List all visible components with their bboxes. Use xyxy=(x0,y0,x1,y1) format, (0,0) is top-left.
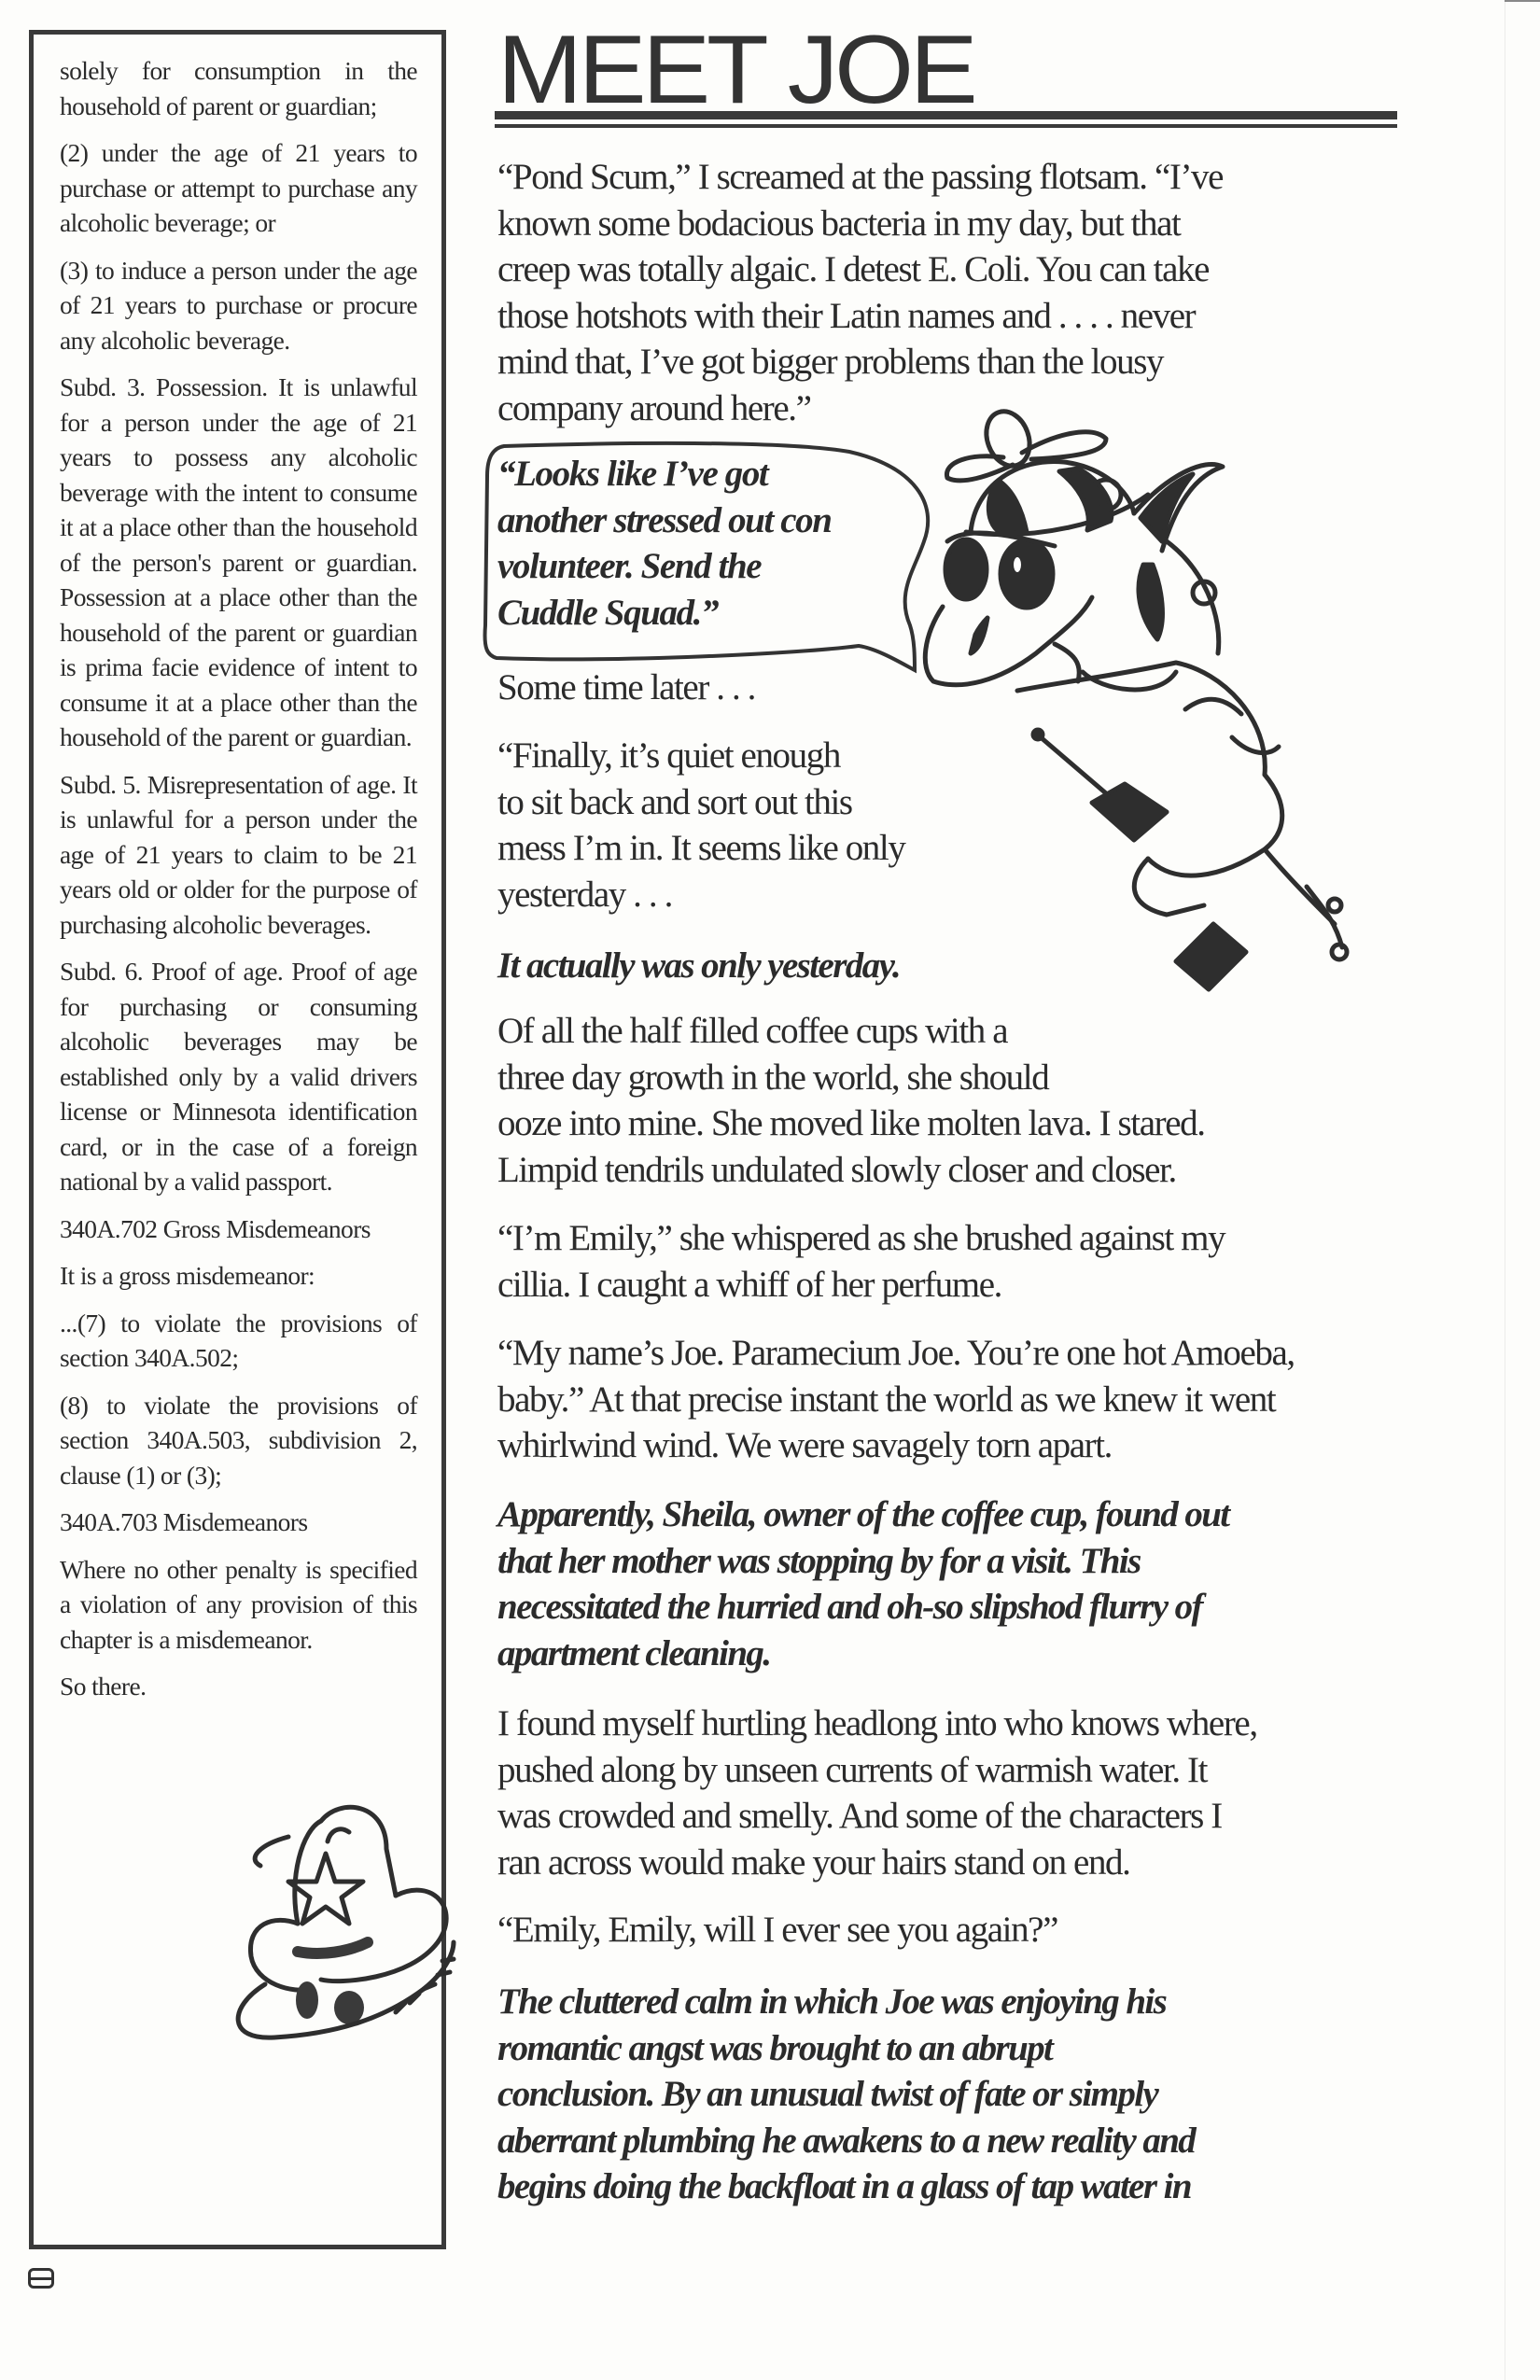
story-paragraph: “My name’s Joe. Paramecium Joe. You’re o… xyxy=(497,1330,1295,1469)
story-paragraph: “Pond Scum,” I screamed at the passing f… xyxy=(497,154,1223,431)
corner-mark xyxy=(1505,0,1540,2)
story-paragraph: “Finally, it’s quiet enough to sit back … xyxy=(497,733,904,917)
sidebar-paragraph: ...(7) to violate the provisions of sect… xyxy=(60,1306,417,1376)
speech-bubble-text: “Looks like I’ve got another stressed ou… xyxy=(497,451,908,636)
sidebar-paragraph: solely for consumption in the household … xyxy=(60,53,417,123)
story-paragraph: I found myself hurtling headlong into wh… xyxy=(497,1701,1257,1885)
sidebar-paragraph: (8) to violate the provisions of section… xyxy=(60,1388,417,1493)
sidebar-paragraph: It is a gross misdemeanor: xyxy=(60,1258,417,1294)
story-paragraph: Some time later . . . xyxy=(497,665,755,711)
title-rule-thick xyxy=(495,111,1397,119)
sidebar-closing: So there. xyxy=(60,1669,417,1704)
title-rule-thin xyxy=(495,124,1397,128)
sidebar-heading: 340A.703 Misdemeanors xyxy=(60,1505,417,1540)
sidebar-paragraph: (3) to induce a person under the age of … xyxy=(60,253,417,358)
article-title: MEET JOE xyxy=(497,28,973,112)
sidebar-paragraph: Subd. 5. Misrepresentation of age. It is… xyxy=(60,767,417,943)
story-paragraph-italic: It actually was only yesterday. xyxy=(497,943,900,989)
sidebar-heading: 340A.702 Gross Misdemeanors xyxy=(60,1211,417,1247)
sidebar-paragraph: (2) under the age of 21 years to purchas… xyxy=(60,135,417,241)
legal-sidebar-box: solely for consumption in the household … xyxy=(29,30,446,2249)
page-number: 8 xyxy=(28,2268,54,2289)
sidebar-paragraph: Where no other penalty is specified a vi… xyxy=(60,1552,417,1658)
sidebar-paragraph: Subd. 3. Possession. It is unlawful for … xyxy=(60,370,417,755)
story-paragraph-italic: The cluttered calm in which Joe was enjo… xyxy=(497,1979,1195,2210)
horse-mascot-icon xyxy=(896,401,1419,1073)
story-paragraph-italic: Apparently, Sheila, owner of the coffee … xyxy=(497,1491,1229,1676)
cowboy-hat-icon xyxy=(209,1793,461,2045)
sidebar-paragraph: Subd. 6. Proof of age. Proof of age for … xyxy=(60,954,417,1199)
story-paragraph: “Emily, Emily, will I ever see you again… xyxy=(497,1907,1057,1953)
page-edge xyxy=(1505,0,1505,2380)
story-paragraph: “I’m Emily,” she whispered as she brushe… xyxy=(497,1215,1225,1308)
